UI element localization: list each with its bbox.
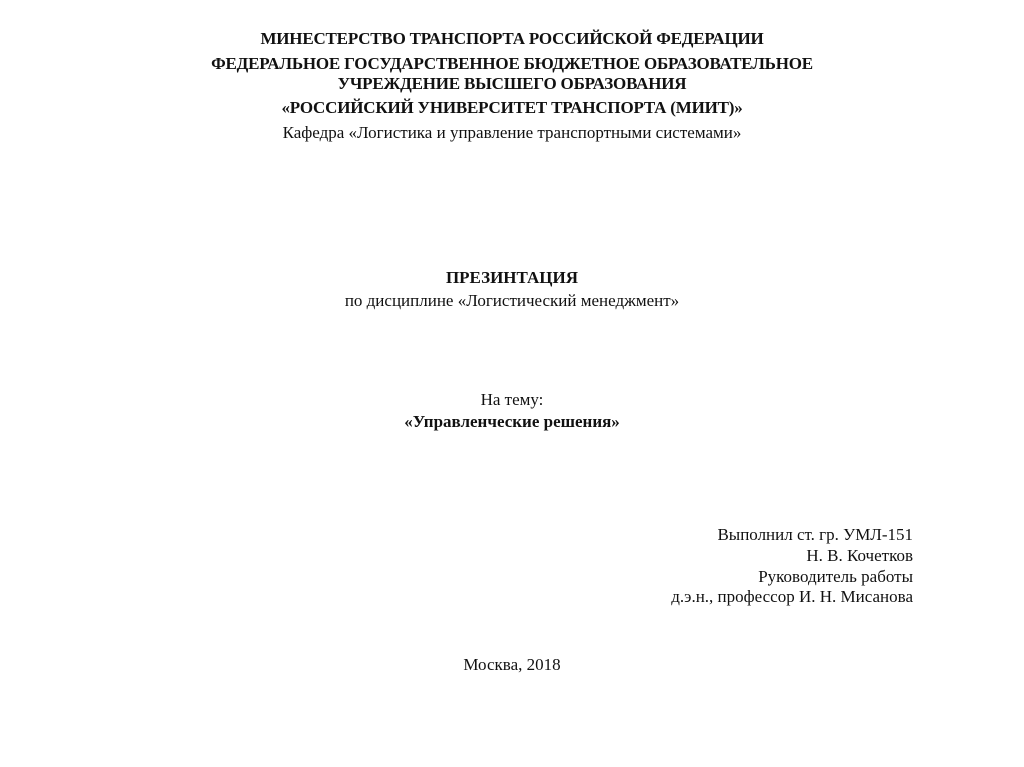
institution-heading-line2: УЧРЕЖДЕНИЕ ВЫСШЕГО ОБРАЗОВАНИЯ — [0, 74, 1024, 94]
document-type: ПРЕЗИНТАЦИЯ — [0, 268, 1024, 288]
supervisor-label: Руководитель работы — [560, 567, 913, 587]
institution-heading-line1: ФЕДЕРАЛЬНОЕ ГОСУДАРСТВЕННОЕ БЮДЖЕТНОЕ ОБ… — [0, 54, 1024, 74]
ministry-heading: МИНЕСТЕРСТВО ТРАНСПОРТА РОССИЙСКОЙ ФЕДЕР… — [0, 29, 1024, 49]
student-name: Н. В. Кочетков — [560, 546, 913, 566]
supervisor-name: д.э.н., профессор И. Н. Мисанова — [560, 587, 913, 607]
discipline-name: по дисциплине «Логистический менеджмент» — [0, 291, 1024, 311]
topic-label: На тему: — [0, 390, 1024, 410]
department-name: Кафедра «Логистика и управление транспор… — [0, 123, 1024, 143]
topic-name: «Управленческие решения» — [0, 412, 1024, 432]
university-heading: «РОССИЙСКИЙ УНИВЕРСИТЕТ ТРАНСПОРТА (МИИТ… — [0, 98, 1024, 118]
performed-by: Выполнил ст. гр. УМЛ-151 — [560, 525, 913, 545]
city-year: Москва, 2018 — [0, 655, 1024, 675]
